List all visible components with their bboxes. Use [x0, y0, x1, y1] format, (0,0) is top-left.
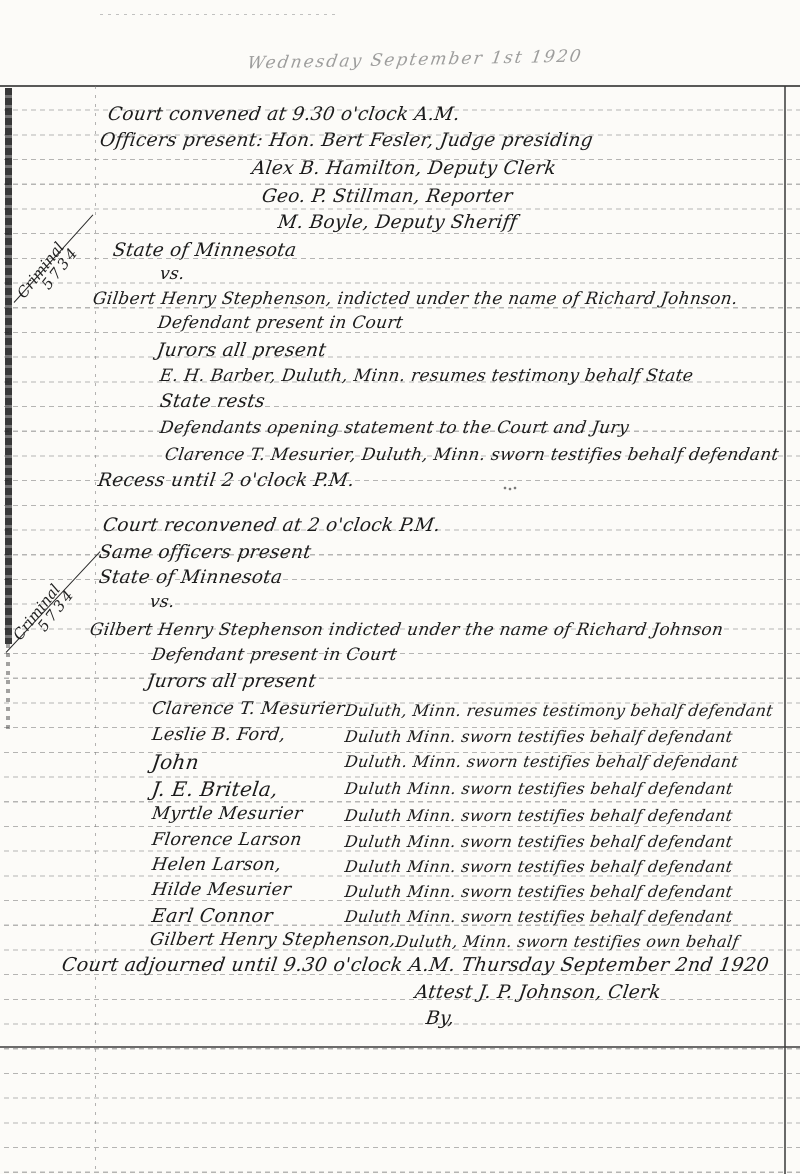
scan-noise-line	[100, 14, 335, 15]
witness-row: Myrtle Mesurier Duluth Minn. sworn testi…	[151, 804, 735, 825]
ledger-page: Wednesday September 1st 1920 Criminal 57…	[0, 0, 800, 1174]
entry-defendant-present-morning: Defendant present in Court	[157, 313, 405, 333]
witness-detail: Duluth. Minn. sworn testifies behalf def…	[343, 750, 740, 774]
witness-name: J. E. Britela,	[150, 777, 346, 801]
case-title-morning: State of Minnesota	[112, 240, 298, 261]
witness-name: Myrtle Mesurier	[151, 804, 347, 825]
witness-row: Clarence T. Mesurier Duluth, Minn. resum…	[151, 699, 775, 720]
witness-row: Gilbert Henry Stephenson, Duluth, Minn. …	[149, 930, 741, 951]
witness-row: Helen Larson, Duluth Minn. sworn testifi…	[151, 855, 735, 876]
witness-row: Earl Connor Duluth Minn. sworn testifies…	[150, 905, 734, 927]
witness-detail: Duluth, Minn. resumes testimony behalf d…	[344, 699, 775, 720]
witness-name: Gilbert Henry Stephenson,	[149, 930, 398, 951]
officer-deputy-clerk: Alex B. Hamilton, Deputy Clerk	[251, 158, 558, 179]
case-title-afternoon: State of Minnesota	[98, 567, 284, 588]
attest-clerk-line: Attest J. P. Johnson, Clerk	[414, 982, 663, 1003]
witness-name: Leslie B. Ford,	[151, 725, 347, 746]
witness-name: John	[150, 750, 346, 774]
binding-edge-shadow	[5, 88, 12, 644]
witness-detail: Duluth Minn. sworn testifies behalf defe…	[344, 880, 735, 901]
witness-row: John Duluth. Minn. sworn testifies behal…	[150, 750, 740, 774]
witness-detail: Duluth Minn. sworn testifies behalf defe…	[344, 804, 735, 825]
witness-detail: Duluth Minn. sworn testifies behalf defe…	[343, 905, 734, 927]
officers-present-line: Officers present: Hon. Bert Fesler, Judg…	[99, 130, 595, 151]
entry-barber-testimony: E. H. Barber, Duluth, Minn. resumes test…	[159, 366, 695, 386]
witness-detail: Duluth, Minn. sworn testifies own behalf	[394, 930, 740, 951]
recess-line: Recess until 2 o'clock P.M.	[97, 470, 356, 491]
binding-edge-shadow-lower	[6, 644, 10, 730]
page-header-date: Wednesday September 1st 1920	[246, 47, 584, 74]
court-adjourned-line: Court adjourned until 9.30 o'clock A.M. …	[60, 954, 770, 976]
witness-row: Leslie B. Ford, Duluth Minn. sworn testi…	[151, 725, 735, 746]
entry-jurors-present-afternoon: Jurors all present	[146, 671, 318, 692]
entry-state-rests: State rests	[159, 391, 267, 412]
witness-name: Earl Connor	[150, 905, 346, 927]
witness-name: Hilde Mesurier	[151, 880, 347, 901]
witness-name: Helen Larson,	[151, 855, 347, 876]
witness-detail: Duluth Minn. sworn testifies behalf defe…	[344, 855, 735, 876]
entry-defendant-present-afternoon: Defendant present in Court	[151, 645, 399, 665]
officer-deputy-sheriff: M. Boyle, Deputy Sheriff	[277, 212, 519, 233]
officer-reporter: Geo. P. Stillman, Reporter	[261, 186, 515, 207]
witness-detail: Duluth Minn. sworn testifies behalf defe…	[344, 725, 735, 746]
defendant-indicted-line-morning: Gilbert Henry Stephenson, indicted under…	[92, 289, 739, 309]
witness-name: Florence Larson	[151, 830, 347, 851]
witness-detail: Duluth Minn. sworn testifies behalf defe…	[344, 830, 735, 851]
witness-detail: Duluth Minn. sworn testifies behalf defe…	[343, 777, 734, 801]
top-rule-line	[0, 85, 800, 87]
bottom-rule-line	[0, 1046, 800, 1048]
same-officers-line: Same officers present	[98, 542, 313, 563]
witness-row: J. E. Britela, Duluth Minn. sworn testif…	[150, 777, 734, 801]
defendant-indicted-line-afternoon: Gilbert Henry Stephenson indicted under …	[89, 620, 725, 640]
vs-morning: vs.	[159, 264, 186, 284]
witness-name: Clarence T. Mesurier	[151, 699, 347, 720]
entry-opening-statement: Defendants opening statement to the Cour…	[159, 418, 631, 438]
vs-afternoon: vs.	[149, 592, 176, 612]
court-reconvened-line: Court reconvened at 2 o'clock P.M.	[102, 515, 442, 536]
witness-row: Hilde Mesurier Duluth Minn. sworn testif…	[151, 880, 735, 901]
right-margin-line	[784, 86, 786, 1174]
by-line: By,	[425, 1008, 456, 1029]
court-convened-line: Court convened at 9.30 o'clock A.M.	[107, 104, 462, 125]
entry-mesurier-sworn-morning: Clarence T. Mesurier, Duluth, Minn. swor…	[164, 445, 780, 465]
ink-smudge	[503, 486, 517, 491]
entry-jurors-present-morning: Jurors all present	[156, 340, 328, 361]
witness-row: Florence Larson Duluth Minn. sworn testi…	[151, 830, 735, 851]
